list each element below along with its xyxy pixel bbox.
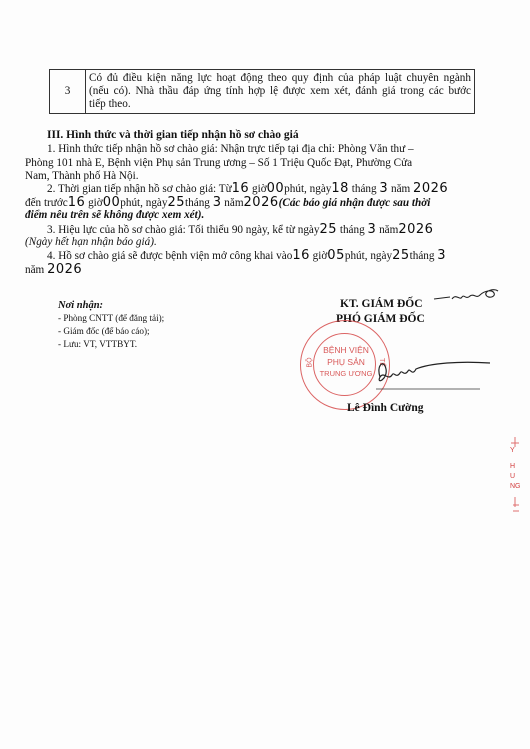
- handwritten-to-month: 3: [213, 195, 222, 210]
- item2-note: (Các báo giá nhận được sau thời: [279, 197, 431, 209]
- item1-line1: 1. Hình thức tiếp nhận hồ sơ chào giá: N…: [47, 143, 414, 156]
- recipient-item: - Giám đốc (để báo cáo);: [58, 326, 150, 337]
- handwritten-from-minute: 00: [267, 181, 285, 196]
- handwritten-from-year: 2026: [413, 181, 448, 196]
- item2-note-line2: điểm nêu trên sẽ không được xem xét).: [25, 209, 204, 222]
- section-heading: III. Hình thức và thời gian tiếp nhận hồ…: [47, 129, 299, 142]
- item2-line1: 2. Thời gian tiếp nhận hồ sơ chào giá: T…: [47, 182, 448, 196]
- row-number: 3: [50, 70, 86, 114]
- signature-title-1: KT. GIÁM ĐỐC: [340, 298, 423, 311]
- handwritten-open-day: 25: [392, 248, 410, 263]
- handwritten-to-minute: 00: [103, 195, 121, 210]
- handwritten-open-month: 3: [437, 248, 446, 263]
- recipient-item: - Phòng CNTT (để đăng tải);: [58, 313, 164, 324]
- handwritten-validity-month: 3: [368, 222, 377, 237]
- item4-line2: năm 2026: [25, 263, 82, 277]
- signer-name: Lê Đình Cường: [347, 402, 424, 415]
- handwritten-to-year: 2026: [244, 195, 279, 210]
- handwritten-to-day: 25: [167, 195, 185, 210]
- handwritten-open-hour: 16: [292, 248, 310, 263]
- recipient-item: - Lưu: VT, VTTBYT.: [58, 339, 137, 350]
- item3-note: (Ngày hết hạn nhận báo giá).: [25, 236, 157, 249]
- initial-signature-icon: [432, 285, 502, 307]
- item4-line1: 4. Hồ sơ chào giá sẽ được bệnh viện mở c…: [47, 249, 446, 263]
- signature-icon: [370, 355, 500, 395]
- handwritten-from-hour: 16: [232, 181, 250, 196]
- recipients-title: Nơi nhận:: [58, 299, 103, 312]
- handwritten-open-minute: 05: [327, 248, 345, 263]
- handwritten-validity-day: 25: [320, 222, 338, 237]
- handwritten-from-day: 18: [331, 181, 349, 196]
- item1-line2: Phòng 101 nhà E, Bệnh viện Phụ sản Trung…: [25, 157, 412, 170]
- handwritten-to-hour: 16: [68, 195, 86, 210]
- handwritten-validity-year: 2026: [398, 222, 433, 237]
- table-row: 3 Có đủ điều kiện năng lực hoạt động the…: [50, 70, 475, 114]
- row-description: Có đủ điều kiện năng lực hoạt động theo …: [86, 70, 475, 114]
- handwritten-from-month: 3: [379, 181, 388, 196]
- handwritten-open-year: 2026: [47, 262, 82, 277]
- item3-line1: 3. Hiệu lực của hồ sơ chào giá: Tối thiể…: [47, 223, 433, 237]
- item2-line2: đến trước16 giờ00phút, ngày25tháng 3 năm…: [25, 196, 430, 210]
- requirements-table: 3 Có đủ điều kiện năng lực hoạt động the…: [49, 69, 475, 114]
